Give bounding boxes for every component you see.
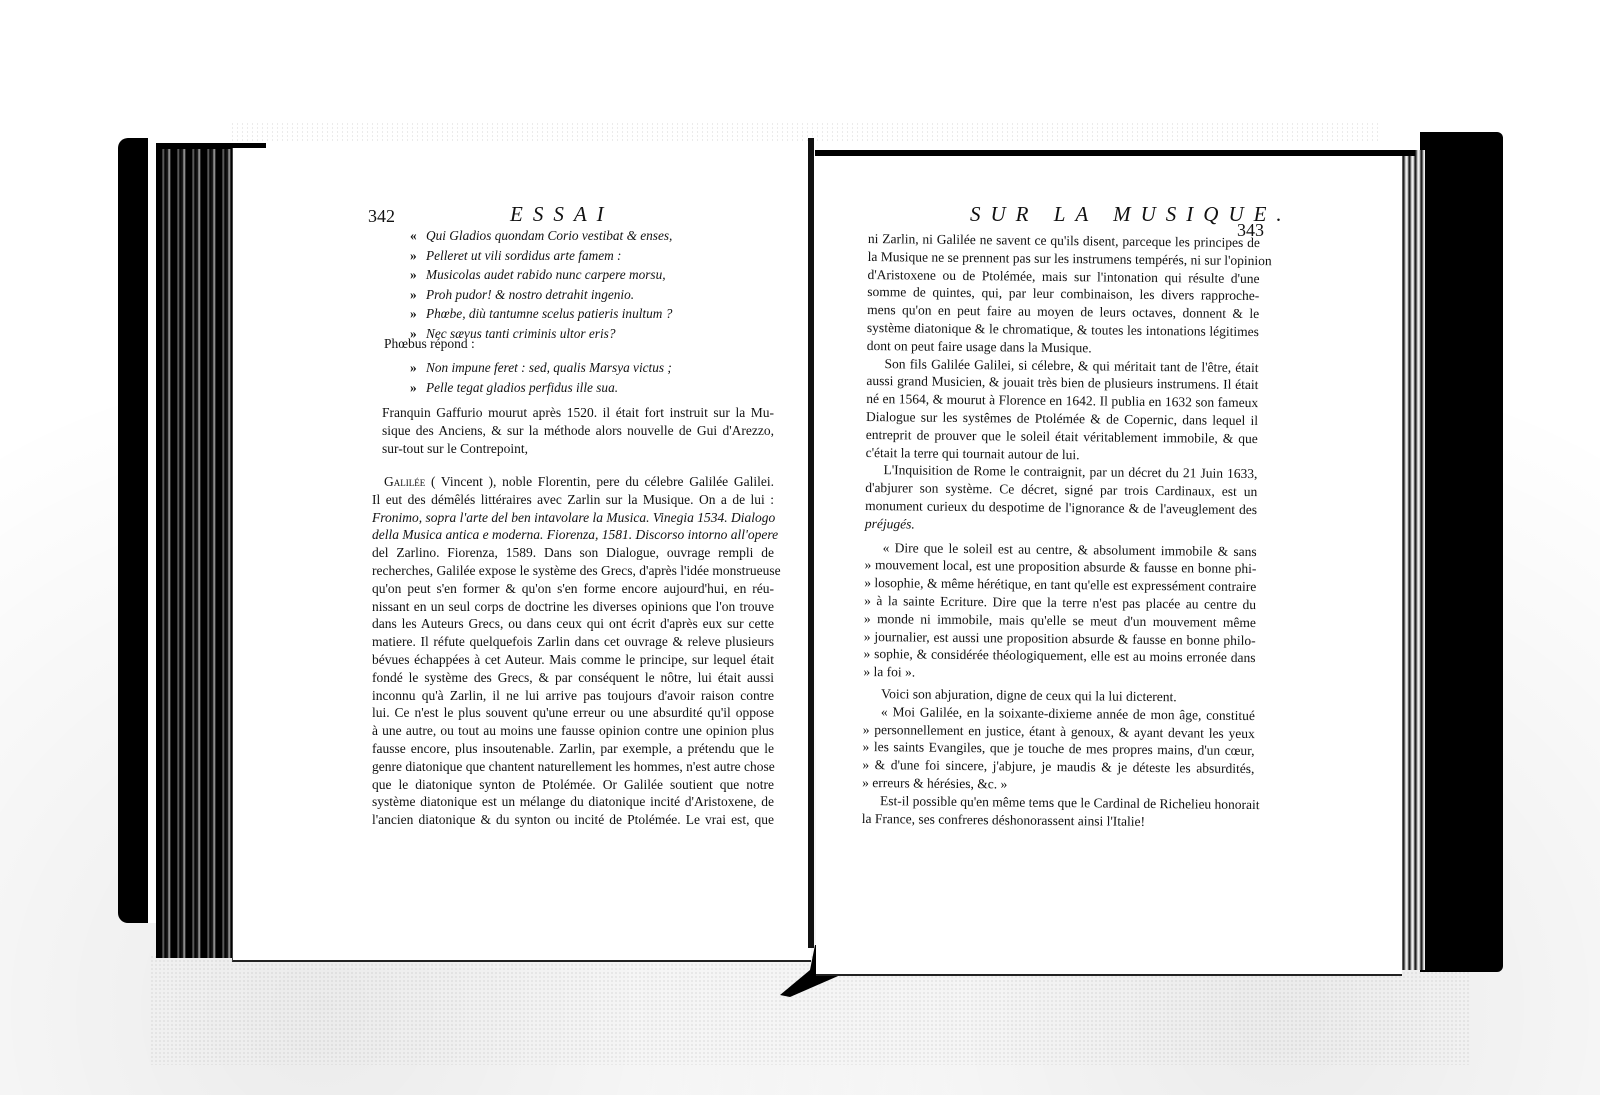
epigram-line: »Proh pudor! & nostro detrahit ingenio. — [410, 285, 672, 305]
page-top-edge-noise — [230, 122, 1380, 142]
epigram: «Qui Gladios quondam Corio vestibat & en… — [410, 226, 672, 343]
left-page-edges — [156, 143, 234, 958]
paragraph-galilee-vincent: Galilée ( Vincent ), noble Florentin, pe… — [372, 473, 774, 829]
book-gutter — [808, 138, 814, 948]
entry-name: Galilée — [384, 474, 425, 489]
paragraph-continuation: ni Zarlin, ni Galilée ne savent ce qu'il… — [862, 230, 1260, 831]
epigram-line: »Musicolas audet rabido nunc carpere mor… — [410, 265, 672, 285]
response-intro: Phœbus répond : — [384, 335, 684, 353]
left-book-cover — [118, 138, 148, 923]
epigram-line: »Phœbe, diù tantumne scelus patieris inu… — [410, 304, 672, 324]
right-book-cover — [1420, 132, 1503, 972]
epigram-line: »Pelleret ut vili sordidus arte famem : — [410, 246, 672, 266]
running-head-left: ESSAI — [510, 202, 614, 227]
response-line: »Non impune feret : sed, qualis Marsya v… — [410, 358, 672, 378]
response-verse: »Non impune feret : sed, qualis Marsya v… — [410, 358, 672, 397]
response-line: »Pelle tegat gladios perfidus ille sua. — [410, 378, 672, 398]
left-cover-highlight — [148, 138, 156, 923]
epigram-line: «Qui Gladios quondam Corio vestibat & en… — [410, 226, 672, 246]
paragraph-gaffurio: Franquin Gaffurio mourut après 1520. il … — [382, 404, 774, 457]
right-page-edges — [1400, 150, 1425, 970]
page-number-left: 342 — [368, 206, 395, 227]
